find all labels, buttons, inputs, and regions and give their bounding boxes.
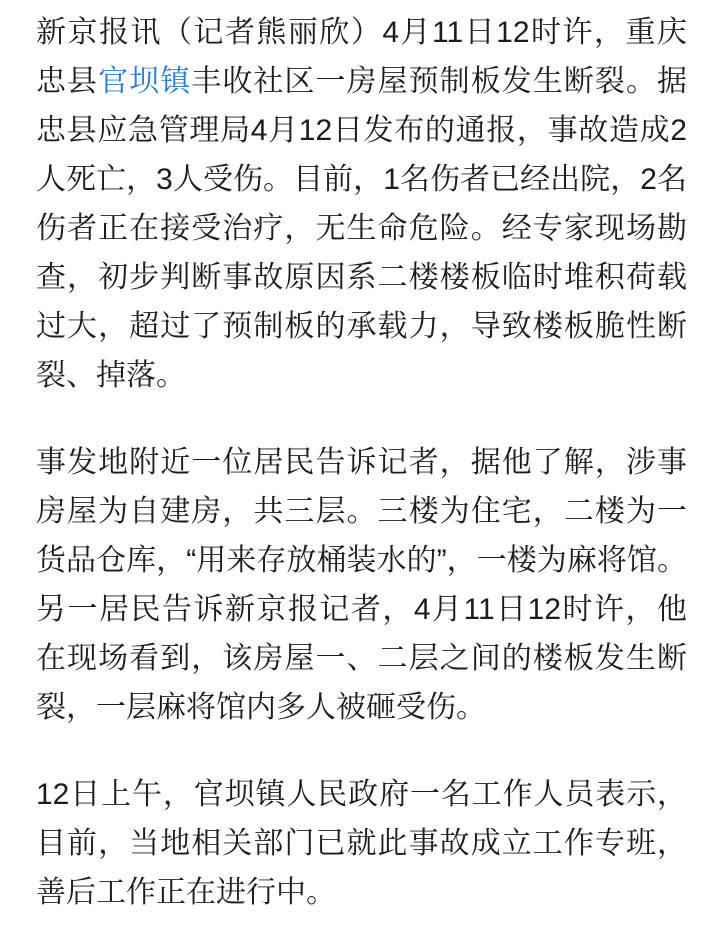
paragraph-3: 12日上午，官坝镇人民政府一名工作人员表示，目前，当地相关部门已就此事故成立工作…	[36, 770, 687, 917]
paragraph-1-text-after-link: 丰收社区一房屋预制板发生断裂。据忠县应急管理局4月12日发布的通报，事故造成2人…	[36, 65, 687, 392]
guanba-town-link[interactable]: 官坝镇	[98, 65, 191, 98]
paragraph-2: 事发地附近一位居民告诉记者，据他了解，涉事房屋为自建房，共三层。三楼为住宅，二楼…	[36, 438, 687, 732]
article-body: 新京报讯（记者熊丽欣）4月11日12时许，重庆忠县官坝镇丰收社区一房屋预制板发生…	[0, 0, 720, 917]
paragraph-1: 新京报讯（记者熊丽欣）4月11日12时许，重庆忠县官坝镇丰收社区一房屋预制板发生…	[36, 8, 687, 400]
